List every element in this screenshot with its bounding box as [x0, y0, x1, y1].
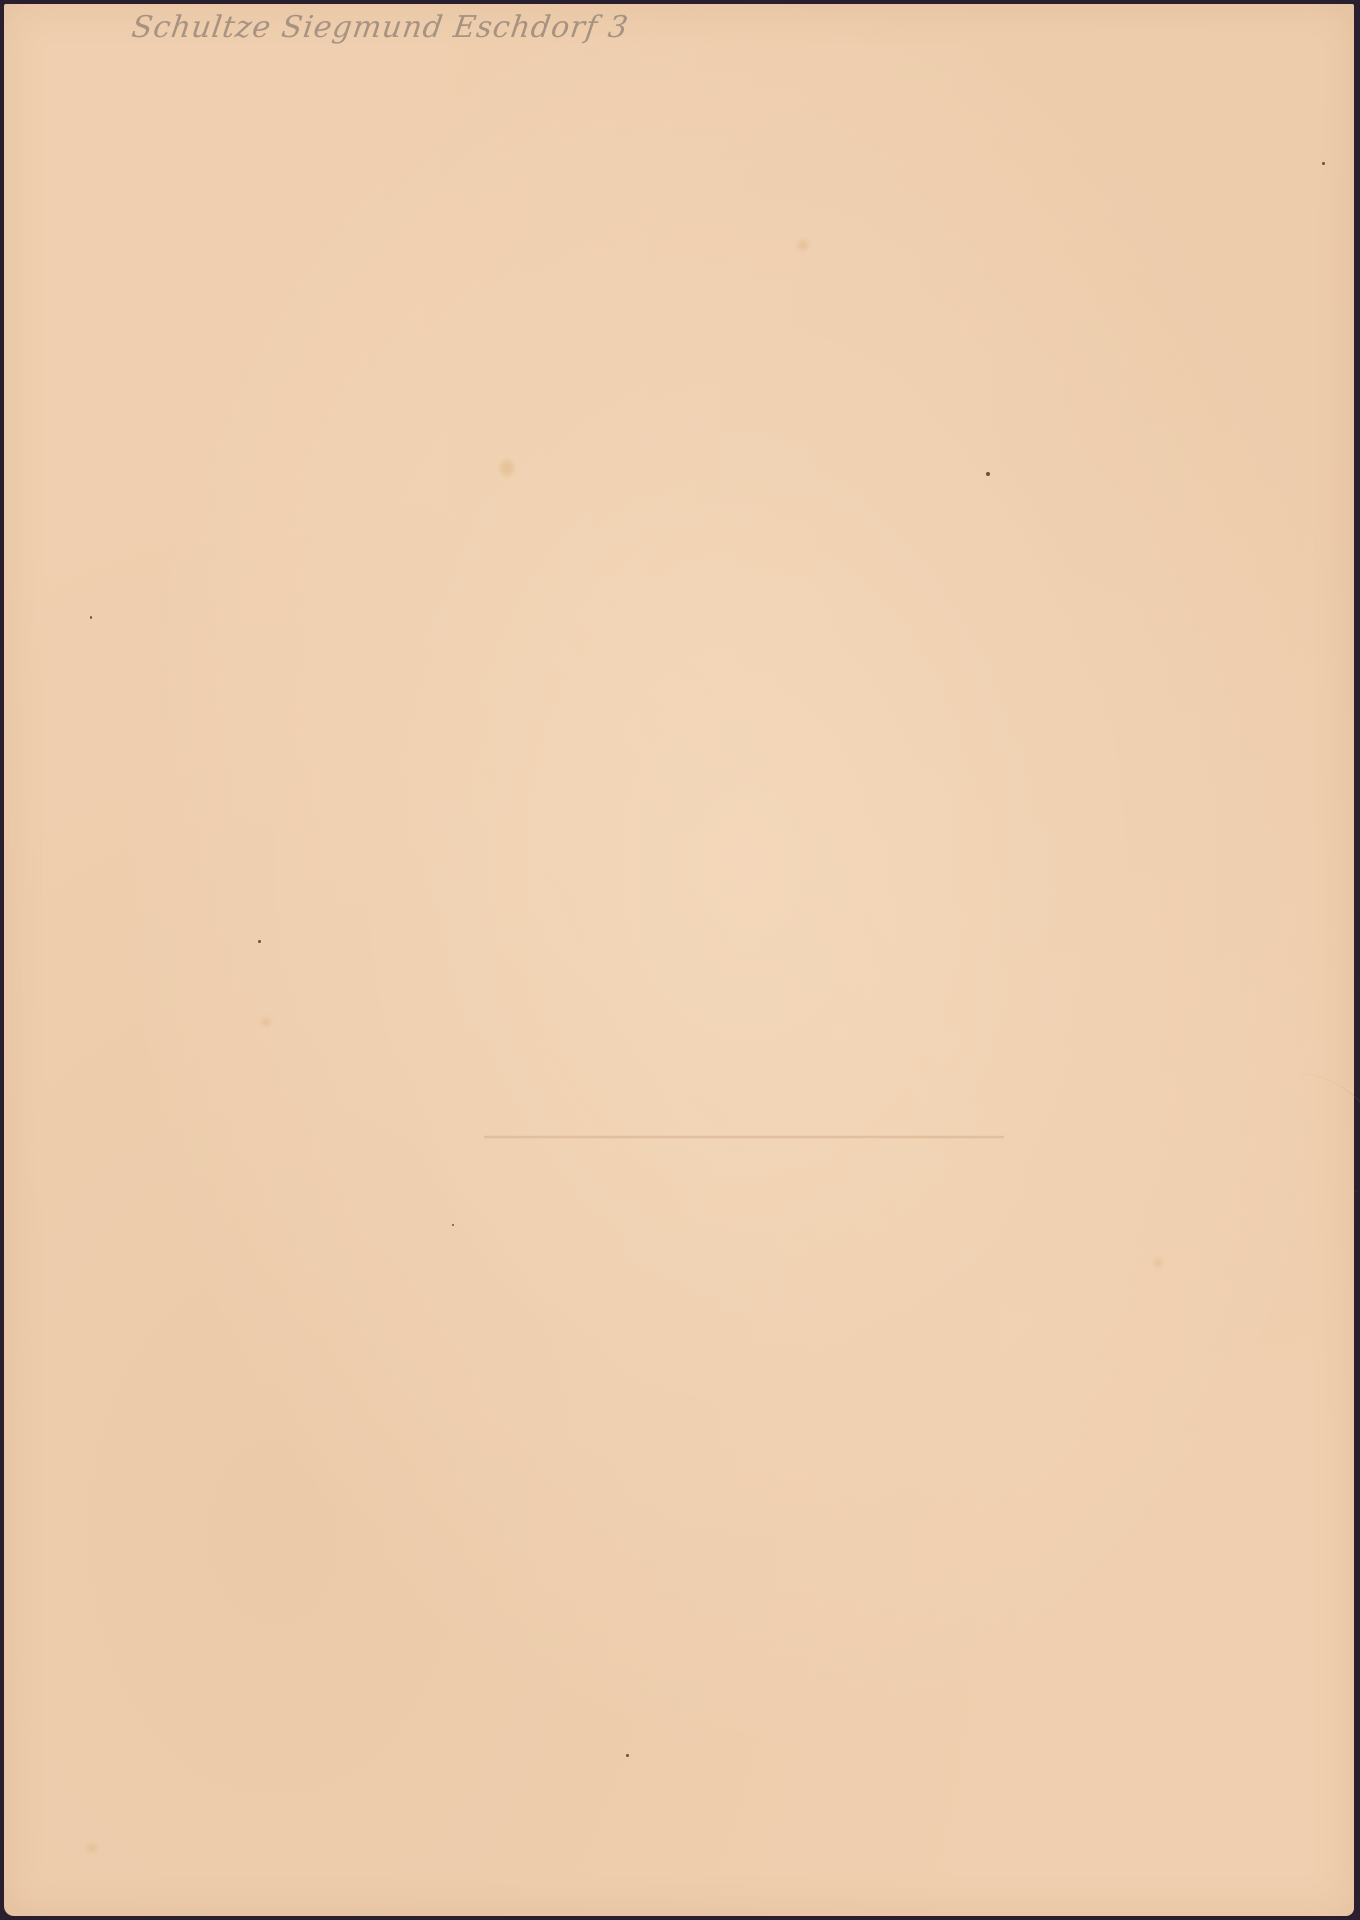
paper-stain — [500, 460, 514, 476]
paper-speck — [452, 1224, 454, 1226]
paper-speck — [626, 1754, 629, 1757]
paper-speck — [986, 472, 990, 476]
paper-speck — [90, 616, 92, 619]
handwritten-note: Schultze Siegmund Eschdorf 3 — [130, 10, 631, 45]
paper-stain — [262, 1018, 270, 1026]
paper-speck — [258, 940, 261, 943]
paper-stain — [798, 240, 808, 250]
paper-stain — [1154, 1259, 1162, 1267]
paper-speck — [1322, 162, 1325, 165]
paper-stain — [88, 1844, 96, 1852]
pencil-curve-mark — [1299, 1074, 1360, 1274]
scanned-page: Schultze Siegmund Eschdorf 3 — [4, 4, 1354, 1916]
fold-mark — [484, 1136, 1004, 1138]
